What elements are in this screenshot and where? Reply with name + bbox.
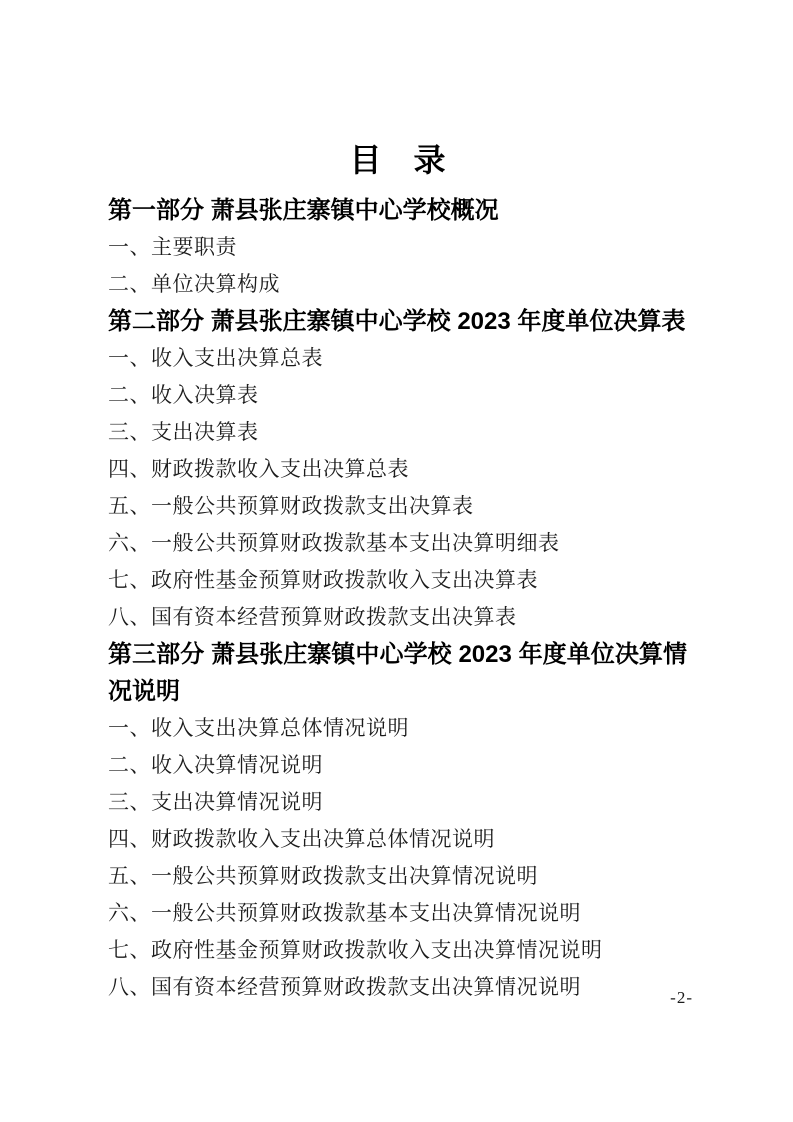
toc-list: 第一部分 萧县张庄寨镇中心学校概况一、主要职责二、单位决算构成第二部分 萧县张庄…: [108, 192, 687, 1006]
page-number: -2-: [670, 988, 693, 1008]
toc-item: 七、政府性基金预算财政拨款收入支出决算表: [108, 562, 687, 599]
toc-item: 一、收入支出决算总体情况说明: [108, 710, 687, 747]
document-page: 目 录 第一部分 萧县张庄寨镇中心学校概况一、主要职责二、单位决算构成第二部分 …: [0, 0, 793, 1122]
toc-item: 二、单位决算构成: [108, 266, 687, 303]
toc-item: 二、收入决算情况说明: [108, 747, 687, 784]
toc-item: 二、收入决算表: [108, 377, 687, 414]
toc-item: 三、支出决算表: [108, 414, 687, 451]
toc-item: 八、国有资本经营预算财政拨款支出决算情况说明: [108, 969, 687, 1006]
toc-item: 六、一般公共预算财政拨款基本支出决算明细表: [108, 525, 687, 562]
toc-item: 五、一般公共预算财政拨款支出决算表: [108, 488, 687, 525]
toc-section-heading: 第二部分 萧县张庄寨镇中心学校 2023 年度单位决算表: [108, 303, 687, 340]
toc-item: 一、主要职责: [108, 229, 687, 266]
toc-section-heading: 第三部分 萧县张庄寨镇中心学校 2023 年度单位决算情况说明: [108, 636, 687, 710]
toc-item: 七、政府性基金预算财政拨款收入支出决算情况说明: [108, 932, 687, 969]
toc-item: 五、一般公共预算财政拨款支出决算情况说明: [108, 858, 687, 895]
toc-item: 四、财政拨款收入支出决算总表: [108, 451, 687, 488]
toc-item: 八、国有资本经营预算财政拨款支出决算表: [108, 599, 687, 636]
toc-item: 一、收入支出决算总表: [108, 340, 687, 377]
page-title: 目 录: [108, 138, 687, 182]
toc-item: 四、财政拨款收入支出决算总体情况说明: [108, 821, 687, 858]
toc-section-heading: 第一部分 萧县张庄寨镇中心学校概况: [108, 192, 687, 229]
toc-content: 目 录 第一部分 萧县张庄寨镇中心学校概况一、主要职责二、单位决算构成第二部分 …: [108, 138, 687, 1006]
toc-item: 三、支出决算情况说明: [108, 784, 687, 821]
toc-item: 六、一般公共预算财政拨款基本支出决算情况说明: [108, 895, 687, 932]
